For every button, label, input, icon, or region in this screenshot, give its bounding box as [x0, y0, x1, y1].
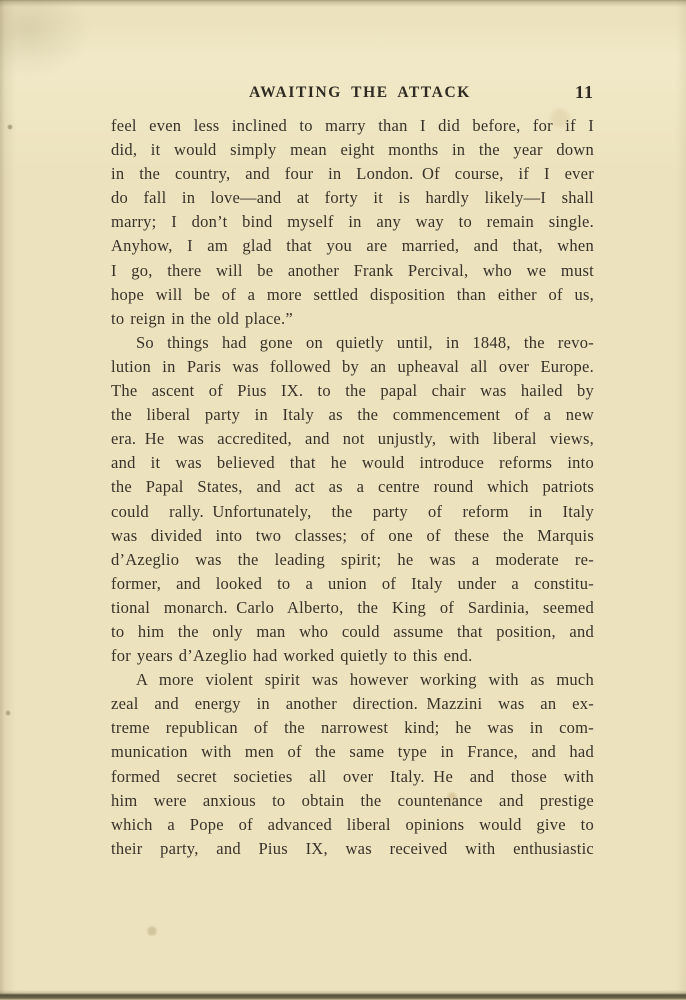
- text-line: which a Pope of advanced liberal opinion…: [111, 813, 594, 837]
- text-line: era. He was accredited, and not unjustly…: [111, 427, 594, 451]
- page-number: 11: [575, 82, 594, 103]
- text-line: feel even less inclined to marry than I …: [111, 114, 594, 138]
- text-line: formed secret societies all over Italy. …: [111, 765, 594, 789]
- text-line: their party, and Pius IX, was received w…: [111, 837, 594, 861]
- text-line: A more violent spirit was however workin…: [111, 668, 594, 692]
- text-line: do fall in love—and at forty it is hardl…: [111, 186, 594, 210]
- page-text: feel even less inclined to marry than I …: [111, 114, 594, 861]
- text-line: tional monarch. Carlo Alberto, the King …: [111, 596, 594, 620]
- text-line: The ascent of Pius IX. to the papal chai…: [111, 379, 594, 403]
- text-line: marry; I don’t bind myself in any way to…: [111, 210, 594, 234]
- text-line: did, it would simply mean eight months i…: [111, 138, 594, 162]
- page-bottom-edge: [0, 990, 686, 1000]
- text-line: in the country, and four in London. Of c…: [111, 162, 594, 186]
- text-line: and it was believed that he would introd…: [111, 451, 594, 475]
- text-line: munication with men of the same type in …: [111, 740, 594, 764]
- text-line: So things had gone on quietly until, in …: [111, 331, 594, 355]
- text-line: Anyhow, I am glad that you are married, …: [111, 234, 594, 258]
- text-line: the Papal States, and act as a centre ro…: [111, 475, 594, 499]
- text-line: lution in Paris was followed by an uphea…: [111, 355, 594, 379]
- text-line: him were anxious to obtain the countenan…: [111, 789, 594, 813]
- text-line: d’Azeglio was the leading spirit; he was…: [111, 548, 594, 572]
- text-line: I go, there will be another Frank Perciv…: [111, 259, 594, 283]
- page-header: AWAITING THE ATTACK 11: [112, 84, 594, 106]
- text-line: for years d’Azeglio had worked quietly t…: [111, 644, 594, 668]
- text-line: could rally. Unfortunately, the party of…: [111, 500, 594, 524]
- running-title: AWAITING THE ATTACK: [112, 84, 594, 102]
- text-line: treme republican of the narrowest kind; …: [111, 716, 594, 740]
- text-line: to reign in the old place.”: [111, 307, 594, 331]
- text-line: was divided into two classes; of one of …: [111, 524, 594, 548]
- text-line: zeal and energy in another direction. Ma…: [111, 692, 594, 716]
- text-line: the liberal party in Italy as the commen…: [111, 403, 594, 427]
- text-line: to him the only man who could assume tha…: [111, 620, 594, 644]
- text-line: hope will be of a more settled dispositi…: [111, 283, 594, 307]
- text-line: former, and looked to a union of Italy u…: [111, 572, 594, 596]
- book-page: AWAITING THE ATTACK 11 feel even less in…: [0, 0, 686, 1000]
